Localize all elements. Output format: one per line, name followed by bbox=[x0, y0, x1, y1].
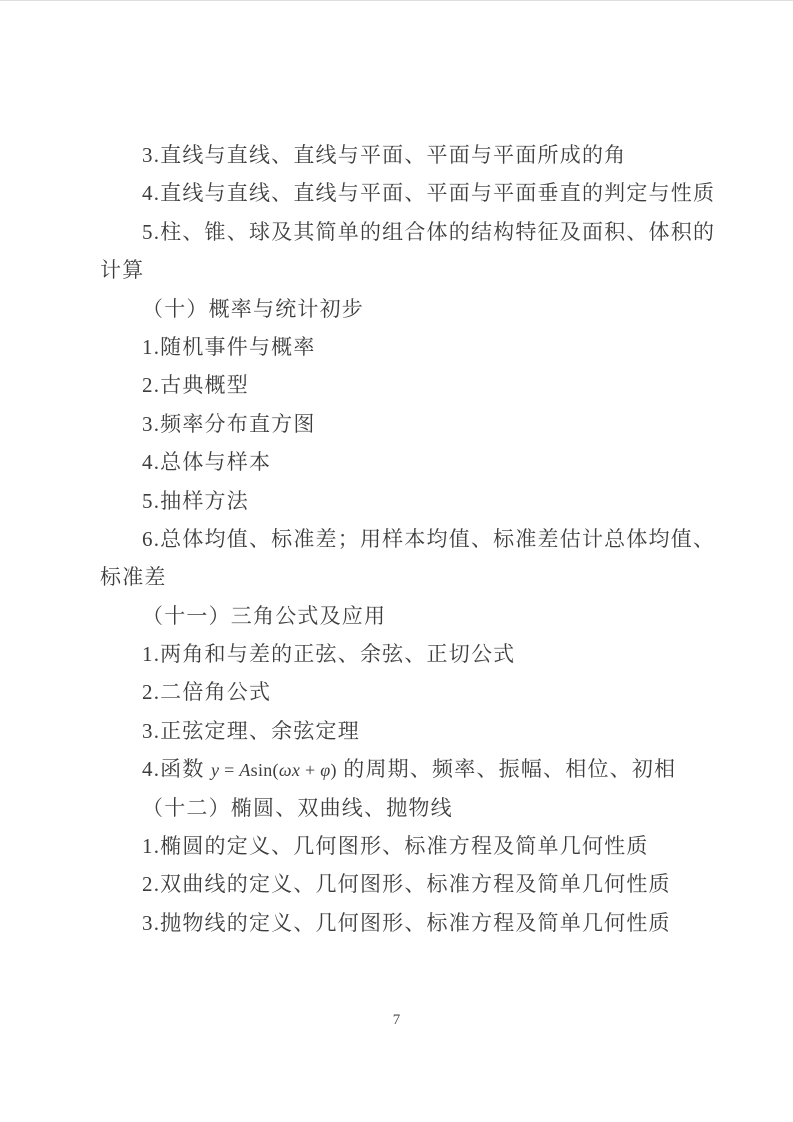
text-line: 2.古典概型 bbox=[100, 366, 700, 404]
page-footer: 7 bbox=[0, 1011, 793, 1029]
text-line: 1.两角和与差的正弦、余弦、正切公式 bbox=[100, 635, 700, 673]
text-line: 4.总体与样本 bbox=[100, 443, 700, 481]
text-segment: 3.频率分布直方图 bbox=[142, 412, 316, 436]
text-segment: （十一）三角公式及应用 bbox=[142, 604, 386, 628]
text-segment: 4.总体与样本 bbox=[142, 450, 271, 474]
section-heading-line: （十一）三角公式及应用 bbox=[100, 597, 700, 635]
section-heading-line: （十二）椭圆、双曲线、抛物线 bbox=[100, 789, 700, 827]
formula-segment: φ bbox=[320, 760, 330, 780]
text-segment: 标准差 bbox=[100, 565, 167, 589]
text-line: 1.随机事件与概率 bbox=[100, 328, 700, 366]
page-number: 7 bbox=[393, 1012, 401, 1028]
document-page: 3.直线与直线、直线与平面、平面与平面所成的角4.直线与直线、直线与平面、平面与… bbox=[0, 0, 793, 1122]
text-segment: 4.函数 bbox=[142, 757, 211, 781]
text-segment: （十）概率与统计初步 bbox=[142, 297, 364, 321]
text-line: 6.总体均值、标准差；用样本均值、标准差估计总体均值、 bbox=[100, 520, 700, 558]
formula-segment: = bbox=[219, 760, 239, 780]
text-line: 3.正弦定理、余弦定理 bbox=[100, 712, 700, 750]
text-segment: 的周期、频率、振幅、相位、初相 bbox=[337, 757, 676, 781]
section-heading-line: （十）概率与统计初步 bbox=[100, 290, 700, 328]
text-segment: 4.直线与直线、直线与平面、平面与平面垂直的判定与性质 bbox=[142, 181, 715, 205]
text-line: 4.函数 y = Asin(ωx + φ) 的周期、频率、振幅、相位、初相 bbox=[100, 750, 700, 788]
text-segment: 3.正弦定理、余弦定理 bbox=[142, 719, 360, 743]
text-segment: 3.直线与直线、直线与平面、平面与平面所成的角 bbox=[142, 143, 626, 167]
text-segment: 计算 bbox=[100, 258, 144, 282]
text-line: 5.柱、锥、球及其简单的组合体的结构特征及面积、体积的 bbox=[100, 213, 700, 251]
text-segment: 2.古典概型 bbox=[142, 373, 249, 397]
text-segment: 6.总体均值、标准差；用样本均值、标准差估计总体均值、 bbox=[142, 527, 715, 551]
text-segment: 1.椭圆的定义、几何图形、标准方程及简单几何性质 bbox=[142, 834, 649, 858]
text-segment: 5.抽样方法 bbox=[142, 489, 249, 513]
text-segment: 5.柱、锥、球及其简单的组合体的结构特征及面积、体积的 bbox=[142, 220, 715, 244]
text-line: 计算 bbox=[100, 251, 700, 289]
text-line: 3.抛物线的定义、几何图形、标准方程及简单几何性质 bbox=[100, 904, 700, 942]
text-segment: 1.随机事件与概率 bbox=[142, 335, 316, 359]
text-line: 2.二倍角公式 bbox=[100, 673, 700, 711]
text-line: 标准差 bbox=[100, 558, 700, 596]
text-line: 2.双曲线的定义、几何图形、标准方程及简单几何性质 bbox=[100, 865, 700, 903]
text-line: 3.直线与直线、直线与平面、平面与平面所成的角 bbox=[100, 136, 700, 174]
page-body-text: 3.直线与直线、直线与平面、平面与平面所成的角4.直线与直线、直线与平面、平面与… bbox=[100, 136, 700, 942]
text-line: 4.直线与直线、直线与平面、平面与平面垂直的判定与性质 bbox=[100, 174, 700, 212]
text-segment: 3.抛物线的定义、几何图形、标准方程及简单几何性质 bbox=[142, 911, 671, 935]
text-segment: 2.二倍角公式 bbox=[142, 680, 271, 704]
text-line: 1.椭圆的定义、几何图形、标准方程及简单几何性质 bbox=[100, 827, 700, 865]
text-line: 5.抽样方法 bbox=[100, 482, 700, 520]
text-segment: 1.两角和与差的正弦、余弦、正切公式 bbox=[142, 642, 515, 666]
formula-segment: ωx bbox=[279, 760, 300, 780]
text-line: 3.频率分布直方图 bbox=[100, 405, 700, 443]
text-segment: 2.双曲线的定义、几何图形、标准方程及简单几何性质 bbox=[142, 872, 671, 896]
formula-segment: sin( bbox=[251, 760, 279, 780]
text-segment: （十二）椭圆、双曲线、抛物线 bbox=[142, 796, 453, 820]
formula-segment: A bbox=[239, 760, 250, 780]
formula-segment: + bbox=[300, 760, 320, 780]
